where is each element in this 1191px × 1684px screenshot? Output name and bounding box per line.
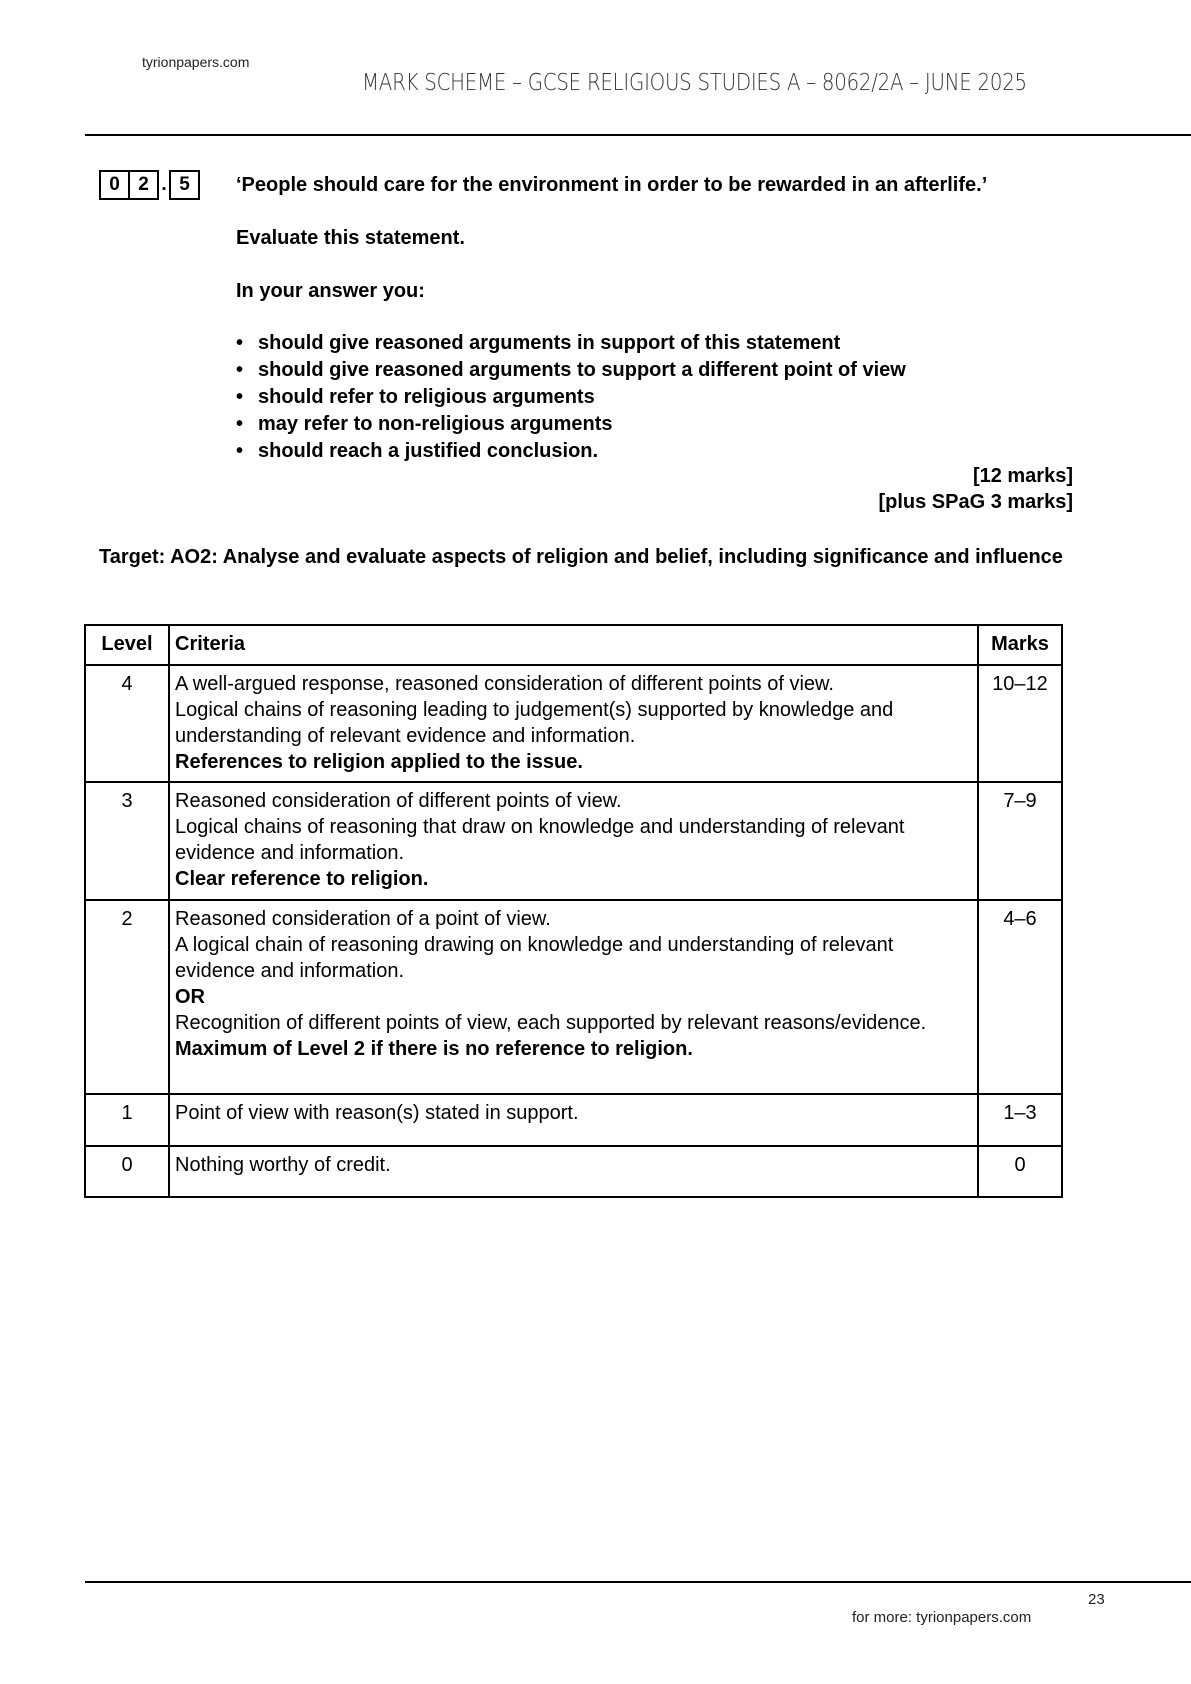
document-header-title: MARK SCHEME – GCSE RELIGIOUS STUDIES A –…	[362, 70, 1027, 96]
question-number-box: 5	[169, 170, 200, 200]
levels-of-response-table: Level Criteria Marks 4A well-argued resp…	[84, 624, 1063, 1198]
criteria-line: A logical chain of reasoning drawing on …	[175, 932, 972, 984]
requirement-item: should refer to religious arguments	[236, 384, 906, 411]
level-cell: 2	[85, 900, 169, 1094]
criteria-emphasis-line: Clear reference to religion.	[175, 866, 972, 892]
footer-divider	[85, 1581, 1191, 1583]
criteria-line: Point of view with reason(s) stated in s…	[175, 1100, 972, 1126]
criteria-cell: A well-argued response, reasoned conside…	[169, 665, 978, 782]
criteria-cell: Reasoned consideration of a point of vie…	[169, 900, 978, 1094]
level-cell: 1	[85, 1094, 169, 1146]
site-watermark-bottom: for more: tyrionpapers.com	[852, 1609, 1031, 1626]
level-cell: 0	[85, 1146, 169, 1197]
criteria-emphasis-line: OR	[175, 984, 972, 1010]
criteria-line: Reasoned consideration of different poin…	[175, 788, 972, 814]
marks-cell: 0	[978, 1146, 1062, 1197]
criteria-line: A well-argued response, reasoned conside…	[175, 671, 972, 697]
question-command: Evaluate this statement.	[236, 227, 465, 250]
criteria-line: Recognition of different points of view,…	[175, 1010, 972, 1036]
question-number: 0 2 . 5	[99, 170, 200, 200]
spag-marks: [plus SPaG 3 marks]	[878, 491, 1073, 514]
requirement-item: should give reasoned arguments in suppor…	[236, 330, 906, 357]
requirement-item: should give reasoned arguments to suppor…	[236, 357, 906, 384]
question-marks: [12 marks]	[973, 465, 1073, 488]
table-header-row: Level Criteria Marks	[85, 625, 1062, 665]
marks-cell: 7–9	[978, 782, 1062, 900]
assessment-target: Target: AO2: Analyse and evaluate aspect…	[99, 544, 1079, 570]
criteria-line: Nothing worthy of credit.	[175, 1152, 972, 1178]
question-statement: ‘People should care for the environment …	[236, 174, 987, 197]
header-criteria: Criteria	[169, 625, 978, 665]
question-lead-in: In your answer you:	[236, 280, 425, 303]
table-row: 3Reasoned consideration of different poi…	[85, 782, 1062, 900]
answer-requirements-list: should give reasoned arguments in suppor…	[236, 330, 906, 465]
requirement-item: should reach a justified conclusion.	[236, 438, 906, 465]
header-marks: Marks	[978, 625, 1062, 665]
marks-cell: 4–6	[978, 900, 1062, 1094]
criteria-emphasis-line: References to religion applied to the is…	[175, 749, 972, 775]
table-row: 2Reasoned consideration of a point of vi…	[85, 900, 1062, 1094]
marks-cell: 10–12	[978, 665, 1062, 782]
table-row: 4A well-argued response, reasoned consid…	[85, 665, 1062, 782]
question-number-box: 2	[130, 170, 159, 200]
table-row: 0Nothing worthy of credit.0	[85, 1146, 1062, 1197]
question-number-separator: .	[159, 165, 169, 205]
page-number: 23	[1088, 1591, 1105, 1608]
level-cell: 3	[85, 782, 169, 900]
level-cell: 4	[85, 665, 169, 782]
table-row: 1Point of view with reason(s) stated in …	[85, 1094, 1062, 1146]
criteria-cell: Reasoned consideration of different poin…	[169, 782, 978, 900]
criteria-emphasis-line: Maximum of Level 2 if there is no refere…	[175, 1036, 972, 1062]
question-number-box: 0	[99, 170, 130, 200]
criteria-line: Reasoned consideration of a point of vie…	[175, 906, 972, 932]
header-level: Level	[85, 625, 169, 665]
header-divider	[85, 134, 1191, 136]
criteria-cell: Nothing worthy of credit.	[169, 1146, 978, 1197]
criteria-line: Logical chains of reasoning leading to j…	[175, 697, 972, 749]
requirement-item: may refer to non-religious arguments	[236, 411, 906, 438]
marks-cell: 1–3	[978, 1094, 1062, 1146]
criteria-cell: Point of view with reason(s) stated in s…	[169, 1094, 978, 1146]
criteria-line: Logical chains of reasoning that draw on…	[175, 814, 972, 866]
site-watermark-top: tyrionpapers.com	[142, 54, 249, 70]
